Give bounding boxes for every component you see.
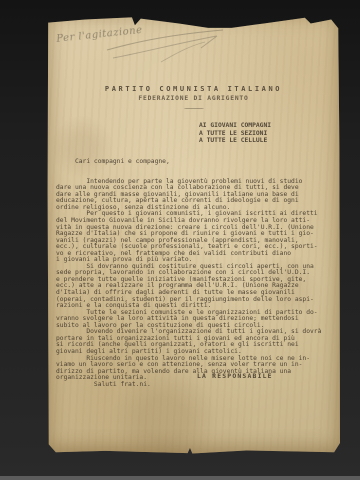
signature-line: LA RESPONSABILE: [197, 372, 273, 380]
recipient-line: A TUTTE LE SEZIONI: [199, 130, 271, 138]
body-line: Saluti frat.ni.: [56, 382, 318, 389]
letterhead-title: PARTITO COMUNISTA ITALIANO: [47, 85, 340, 93]
recipients-block: AI GIOVANI COMPAGNIA TUTTE LE SEZIONIA T…: [199, 122, 271, 145]
scanner-bed-edge: [0, 476, 360, 480]
scanned-letter-page: Per l'agitazione PARTITO COMUNISTA ITALI…: [47, 16, 340, 454]
recipient-line: AI GIOVANI COMPAGNI: [199, 122, 271, 130]
letterhead-subtitle: FEDERAZIONE DI AGRIGENTO: [47, 95, 340, 102]
letterhead-separator: —————————: [47, 106, 340, 112]
letterhead: PARTITO COMUNISTA ITALIANO FEDERAZIONE D…: [47, 85, 340, 112]
salutation: Cari compagni e compagne,: [56, 159, 318, 166]
body-lines: Intendendo per parte la gioventù problem…: [56, 179, 318, 389]
handwritten-annotation: Per l'agitazione: [56, 16, 226, 45]
letter-body: Cari compagni e compagne, Intendendo per…: [56, 146, 318, 401]
recipient-line: A TUTTE LE CELLULE: [199, 137, 271, 145]
